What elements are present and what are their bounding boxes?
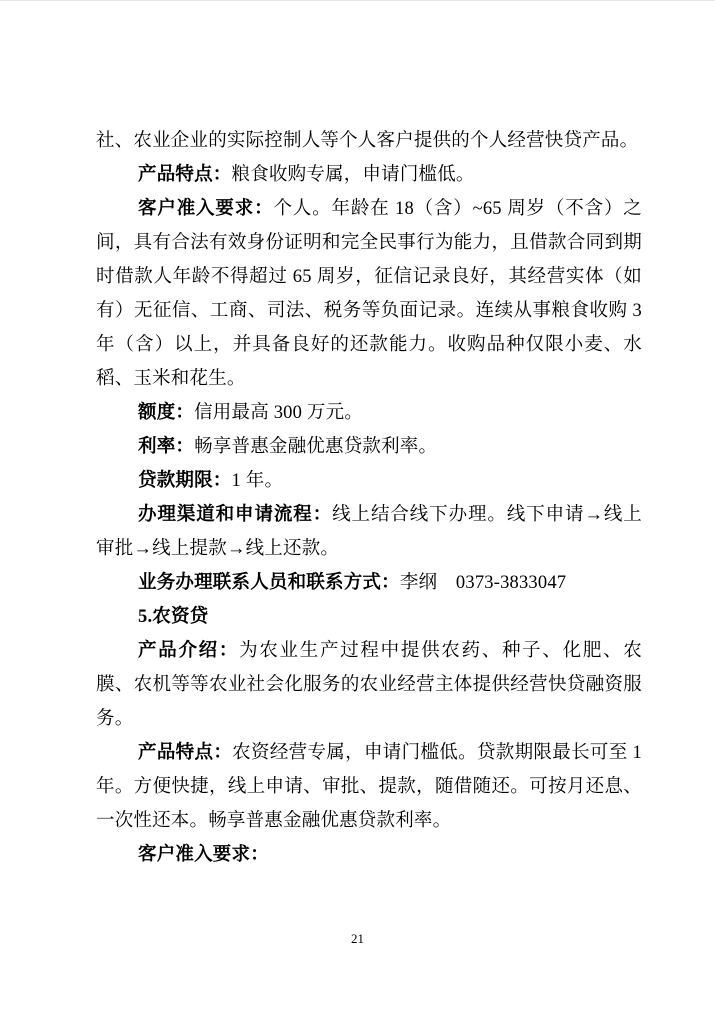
section-heading-text: 5.农资贷: [138, 607, 208, 627]
field-label-loan-term: 贷款期限：: [138, 471, 232, 491]
paragraph-product-features-nongzi: 产品特点：农资经营专属，申请门槛低。贷款期限最长可至 1 年。方便快捷，线上申请…: [96, 736, 642, 838]
paragraph-loan-term: 贷款期限：1 年。: [96, 464, 642, 498]
paragraph-intro-continuation: 社、农业企业的实际控制人等个人客户提供的个人经营快贷产品。: [96, 124, 642, 158]
section-heading-nongzidai: 5.农资贷: [96, 600, 642, 634]
paragraph-text: 社、农业企业的实际控制人等个人客户提供的个人经营快贷产品。: [96, 131, 638, 151]
field-label-product-features-2: 产品特点：: [138, 743, 232, 763]
paragraph-text: 李纲 0373-3833047: [400, 573, 566, 593]
field-label-customer-requirements-2: 客户准入要求：: [138, 845, 269, 865]
paragraph-text: 个人。年龄在 18（含）~65 周岁（不含）之间，具有合法有效身份证明和完全民事…: [96, 199, 642, 389]
paragraph-text: 粮食收购专属，申请门槛低。: [232, 165, 475, 185]
paragraph-text: 信用最高 300 万元。: [194, 403, 363, 423]
page-number: 21: [351, 931, 364, 946]
paragraph-interest-rate: 利率：畅享普惠金融优惠贷款利率。: [96, 430, 642, 464]
field-label-product-introduction: 产品介绍：: [138, 641, 239, 661]
field-label-application-process: 办理渠道和申请流程：: [138, 505, 332, 525]
field-label-credit-limit: 额度：: [138, 403, 194, 423]
paragraph-application-process: 办理渠道和申请流程：线上结合线下办理。线下申请→线上审批→线上提款→线上还款。: [96, 498, 642, 566]
field-label-product-features: 产品特点：: [138, 165, 232, 185]
document-page: 社、农业企业的实际控制人等个人客户提供的个人经营快贷产品。 产品特点：粮食收购专…: [0, 0, 715, 1012]
paragraph-customer-requirements-nongzi: 客户准入要求：: [96, 838, 642, 872]
field-label-contact-info: 业务办理联系人员和联系方式：: [138, 573, 400, 593]
paragraph-credit-limit: 额度：信用最高 300 万元。: [96, 396, 642, 430]
paragraph-product-features-grain: 产品特点：粮食收购专属，申请门槛低。: [96, 158, 642, 192]
page-footer: 21: [0, 931, 715, 947]
paragraph-text: 1 年。: [232, 471, 284, 491]
paragraph-product-introduction: 产品介绍：为农业生产过程中提供农药、种子、化肥、农膜、农机等等农业社会化服务的农…: [96, 634, 642, 736]
paragraph-customer-requirements-grain: 客户准入要求：个人。年龄在 18（含）~65 周岁（不含）之间，具有合法有效身份…: [96, 192, 642, 396]
field-label-interest-rate: 利率：: [138, 437, 194, 457]
paragraph-text: 畅享普惠金融优惠贷款利率。: [194, 437, 437, 457]
document-body: 社、农业企业的实际控制人等个人客户提供的个人经营快贷产品。 产品特点：粮食收购专…: [96, 124, 642, 872]
field-label-customer-requirements: 客户准入要求：: [138, 199, 273, 219]
paragraph-contact-info: 业务办理联系人员和联系方式：李纲 0373-3833047: [96, 566, 642, 600]
